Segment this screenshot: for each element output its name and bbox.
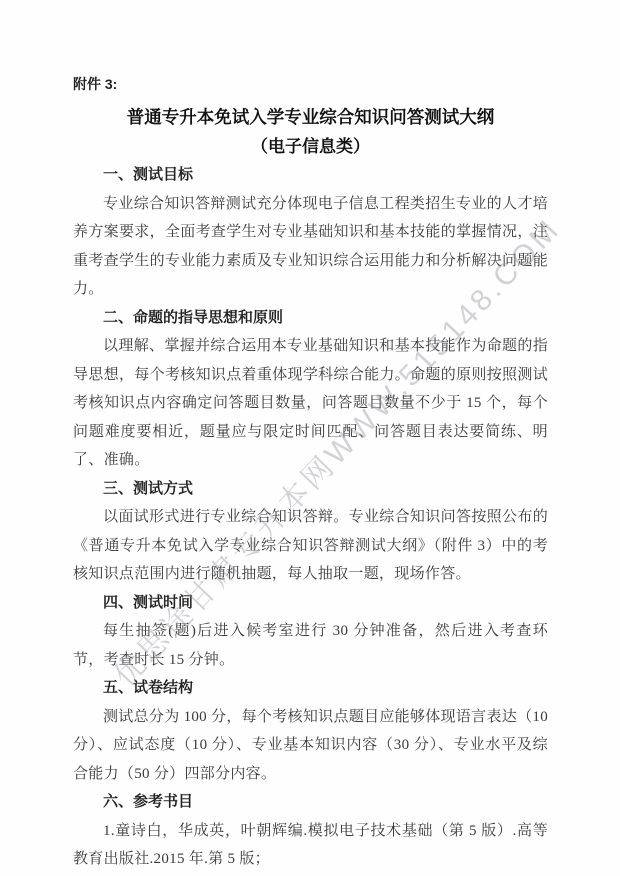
document-title: 普通专升本免试入学专业综合知识问答测试大纲 <box>73 103 548 132</box>
section-paragraph: 专业综合知识答辩测试充分体现电子信息工程类招生专业的人才培养方案要求，全面考查学… <box>73 190 548 304</box>
section-heading: 一、测试目标 <box>73 161 548 190</box>
section-paragraph: 以理解、掌握并综合运用本专业基础知识和基本技能作为命题的指导思想，每个考核知识点… <box>73 332 548 475</box>
document-page: 优思途甘肃专升本网WWW.515148.COM 附件 3: 普通专升本免试入学专… <box>0 0 620 876</box>
section-heading: 五、试卷结构 <box>73 674 548 703</box>
document-subtitle: （电子信息类） <box>73 132 548 161</box>
section-paragraph: 测试总分为 100 分，每个考核知识点题目应能够体现语言表达（10 分）、应试态… <box>73 703 548 789</box>
section-test-goal: 一、测试目标 专业综合知识答辩测试充分体现电子信息工程类招生专业的人才培养方案要… <box>73 161 548 304</box>
section-paragraph: 以面试形式进行专业综合知识答辩。专业综合知识问答按照公布的《普通专升本免试入学专… <box>73 503 548 589</box>
section-paragraph: 每生抽签(题)后进入候考室进行 30 分钟准备，然后进入考查环节，考查时长 15… <box>73 617 548 674</box>
document-content: 附件 3: 普通专升本免试入学专业综合知识问答测试大纲 （电子信息类） 一、测试… <box>73 74 548 874</box>
section-paragraph: 1.童诗白，华成英，叶朝辉编.模拟电子技术基础（第 5 版）.高等教育出版社.2… <box>73 817 548 874</box>
section-reference-books: 六、参考书目 1.童诗白，华成英，叶朝辉编.模拟电子技术基础（第 5 版）.高等… <box>73 788 548 874</box>
section-heading: 六、参考书目 <box>73 788 548 817</box>
section-heading: 二、命题的指导思想和原则 <box>73 304 548 333</box>
section-paper-structure: 五、试卷结构 测试总分为 100 分，每个考核知识点题目应能够体现语言表达（10… <box>73 674 548 788</box>
section-heading: 四、测试时间 <box>73 589 548 618</box>
section-guiding-principles: 二、命题的指导思想和原则 以理解、掌握并综合运用本专业基础知识和基本技能作为命题… <box>73 304 548 475</box>
attachment-label: 附件 3: <box>73 74 548 94</box>
section-heading: 三、测试方式 <box>73 475 548 504</box>
section-test-time: 四、测试时间 每生抽签(题)后进入候考室进行 30 分钟准备，然后进入考查环节，… <box>73 589 548 675</box>
section-test-method: 三、测试方式 以面试形式进行专业综合知识答辩。专业综合知识问答按照公布的《普通专… <box>73 475 548 589</box>
